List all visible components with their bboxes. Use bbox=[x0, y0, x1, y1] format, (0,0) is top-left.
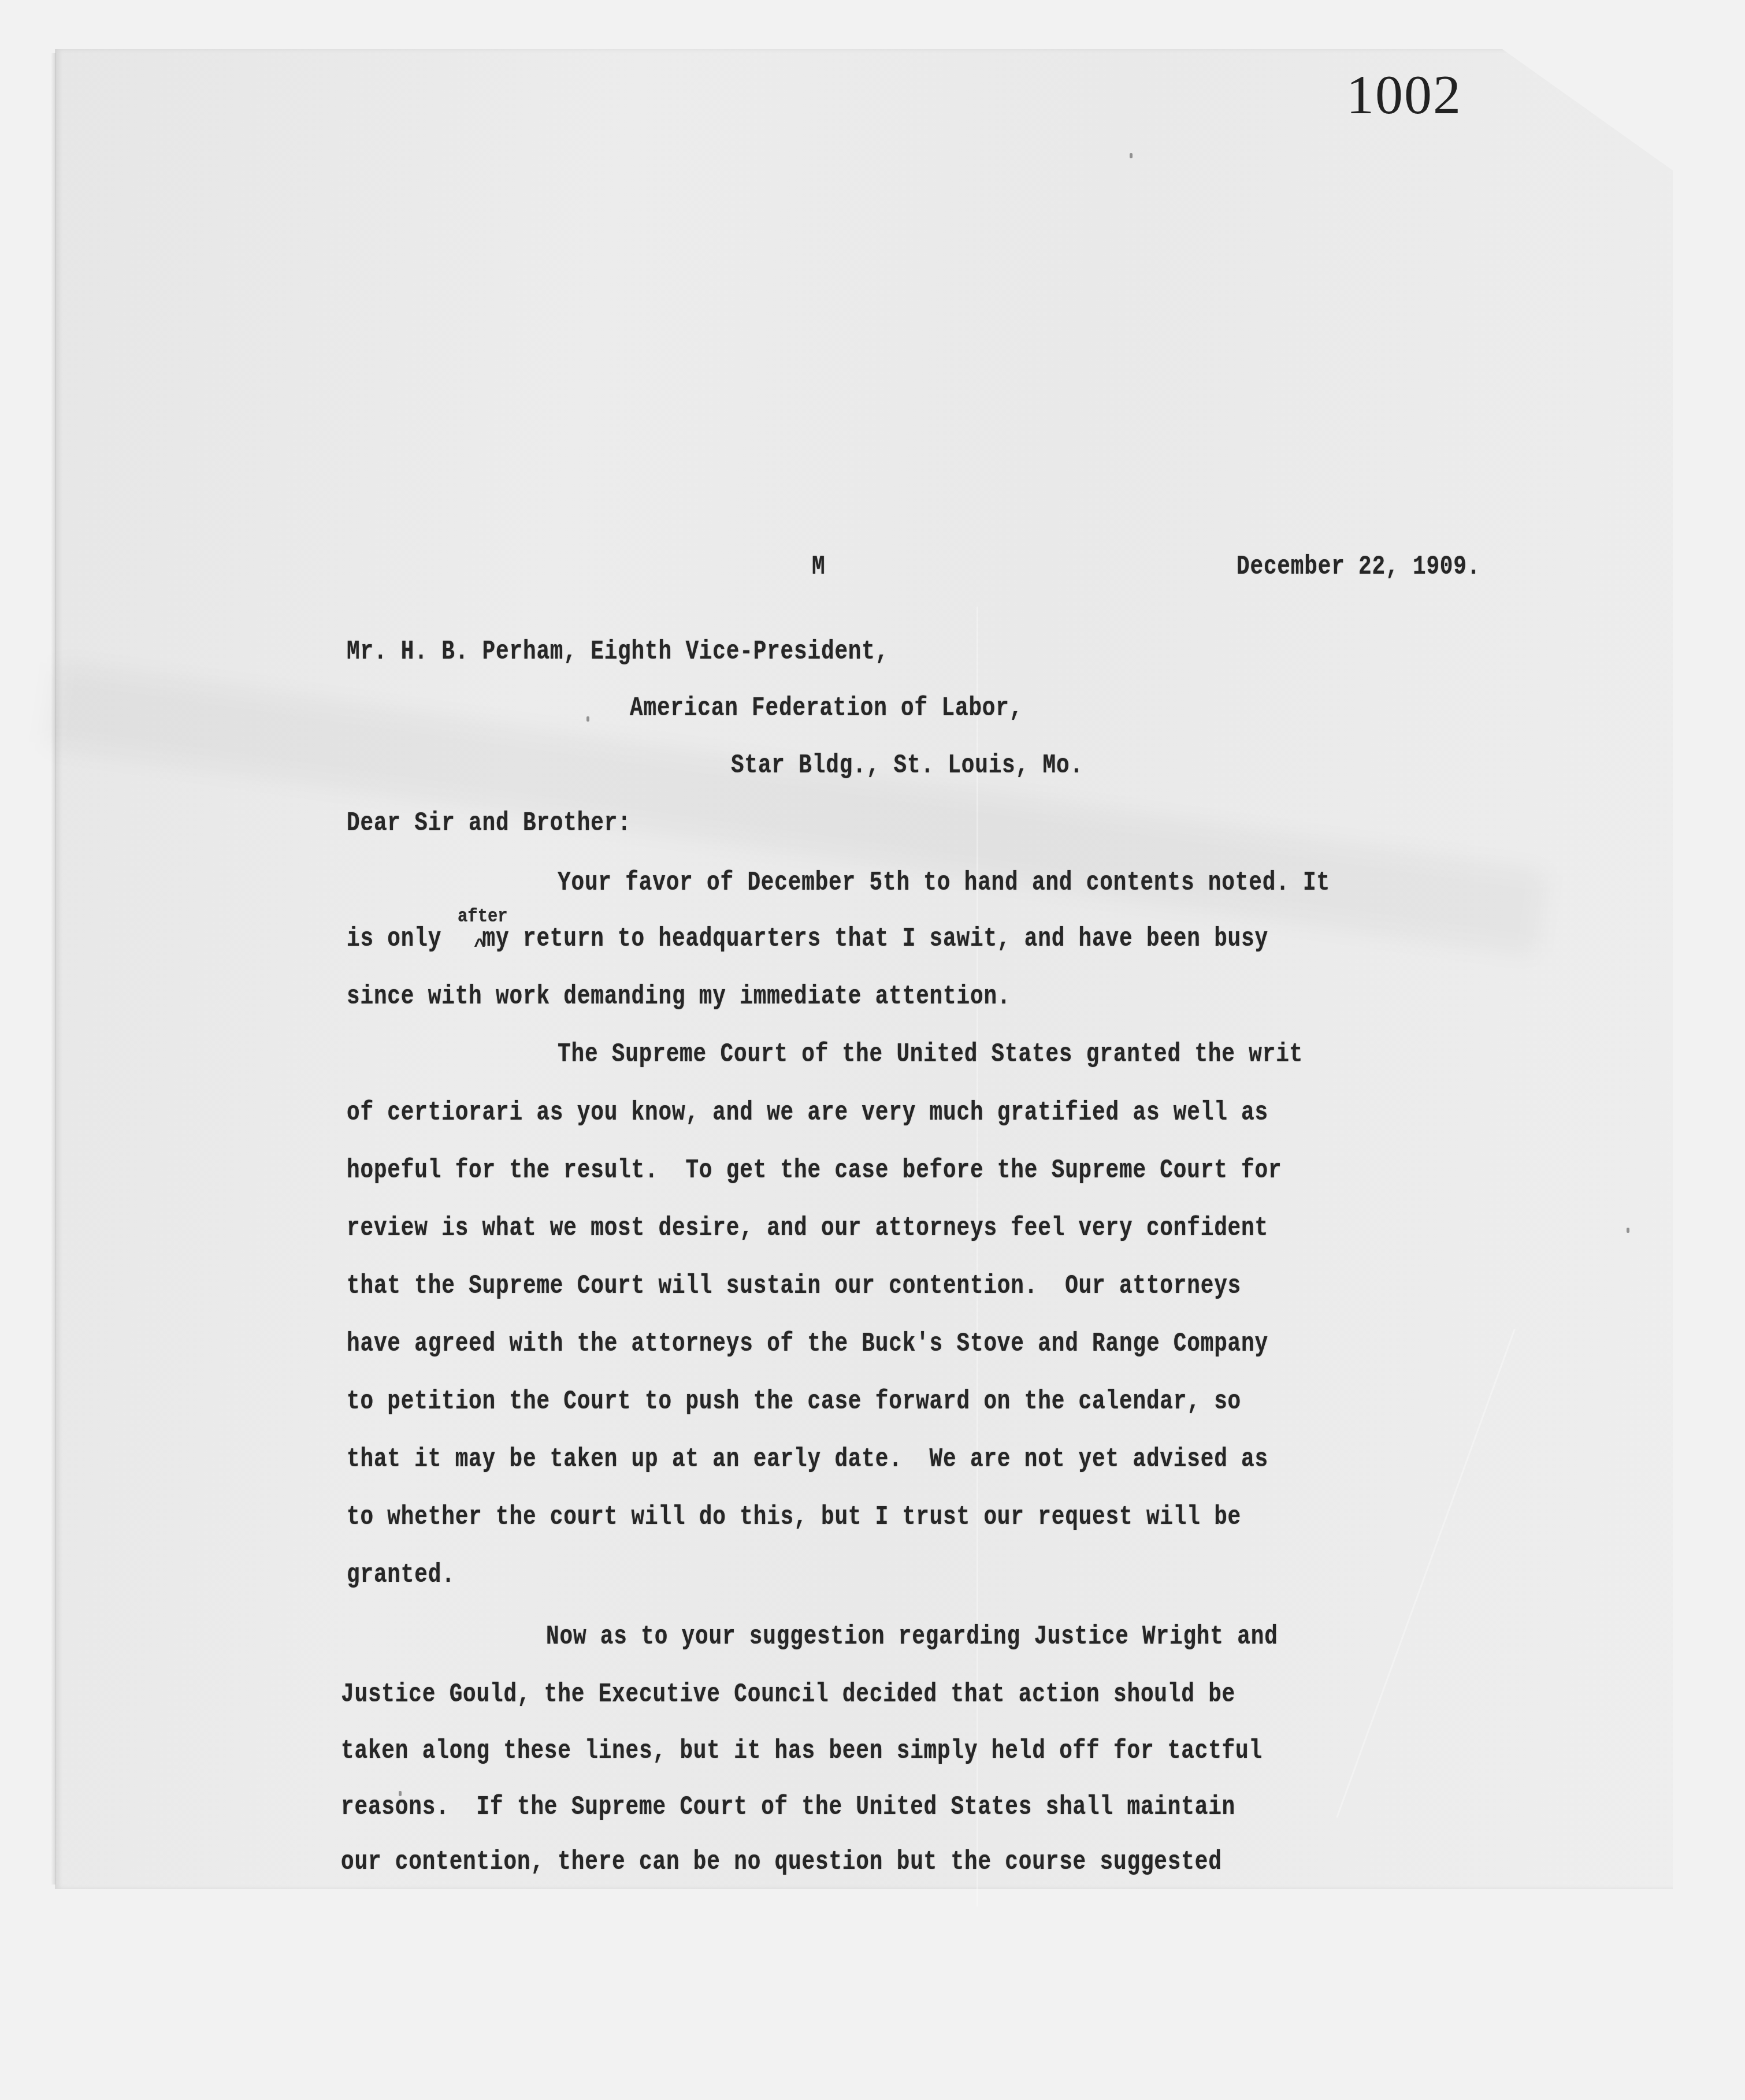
typist-initial: M bbox=[812, 553, 825, 580]
letter-date: December 22, 1909. bbox=[1237, 553, 1480, 580]
body-line: to petition the Court to push the case f… bbox=[347, 1388, 1241, 1415]
body-line: that it may be taken up at an early date… bbox=[347, 1446, 1268, 1473]
recipient-organization-line: American Federation of Labor, bbox=[630, 695, 1023, 722]
handwritten-insertion: after bbox=[458, 907, 508, 927]
paper-crease bbox=[977, 607, 978, 1906]
body-line: The Supreme Court of the United States g… bbox=[558, 1041, 1303, 1068]
body-line: review is what we most desire, and our a… bbox=[347, 1215, 1268, 1242]
body-line: taken along these lines, but it has been… bbox=[341, 1738, 1263, 1764]
body-line: Now as to your suggestion regarding Just… bbox=[546, 1623, 1278, 1650]
recipient-address-line: Star Bldg., St. Louis, Mo. bbox=[731, 752, 1083, 779]
body-line: reasons. If the Supreme Court of the Uni… bbox=[341, 1794, 1235, 1820]
body-line: have agreed with the attorneys of the Bu… bbox=[347, 1330, 1268, 1357]
paper-speck bbox=[399, 1791, 402, 1796]
body-line: Justice Gould, the Executive Council dec… bbox=[341, 1681, 1235, 1708]
page-number: 1002 bbox=[1346, 62, 1462, 127]
insertion-caret: ^ bbox=[474, 937, 485, 957]
salutation: Dear Sir and Brother: bbox=[347, 810, 632, 837]
body-line: since with work demanding my immediate a… bbox=[347, 983, 1011, 1010]
recipient-name-line: Mr. H. B. Perham, Eighth Vice-President, bbox=[347, 638, 889, 665]
body-line: our contention, there can be no question… bbox=[341, 1849, 1222, 1875]
paper-speck bbox=[586, 716, 589, 722]
page-edge-shadow bbox=[51, 53, 55, 1885]
body-line: to whether the court will do this, but I… bbox=[347, 1504, 1241, 1530]
body-line: granted. bbox=[347, 1562, 455, 1588]
body-line: hopeful for the result. To get the case … bbox=[347, 1157, 1282, 1184]
letter-page bbox=[55, 49, 1690, 1889]
body-line: that the Supreme Court will sustain our … bbox=[347, 1273, 1241, 1299]
body-line: of certiorari as you know, and we are ve… bbox=[347, 1099, 1268, 1126]
paper-speck bbox=[1627, 1228, 1629, 1233]
paper-speck bbox=[1130, 153, 1133, 158]
body-line: Your favor of December 5th to hand and c… bbox=[558, 869, 1330, 896]
